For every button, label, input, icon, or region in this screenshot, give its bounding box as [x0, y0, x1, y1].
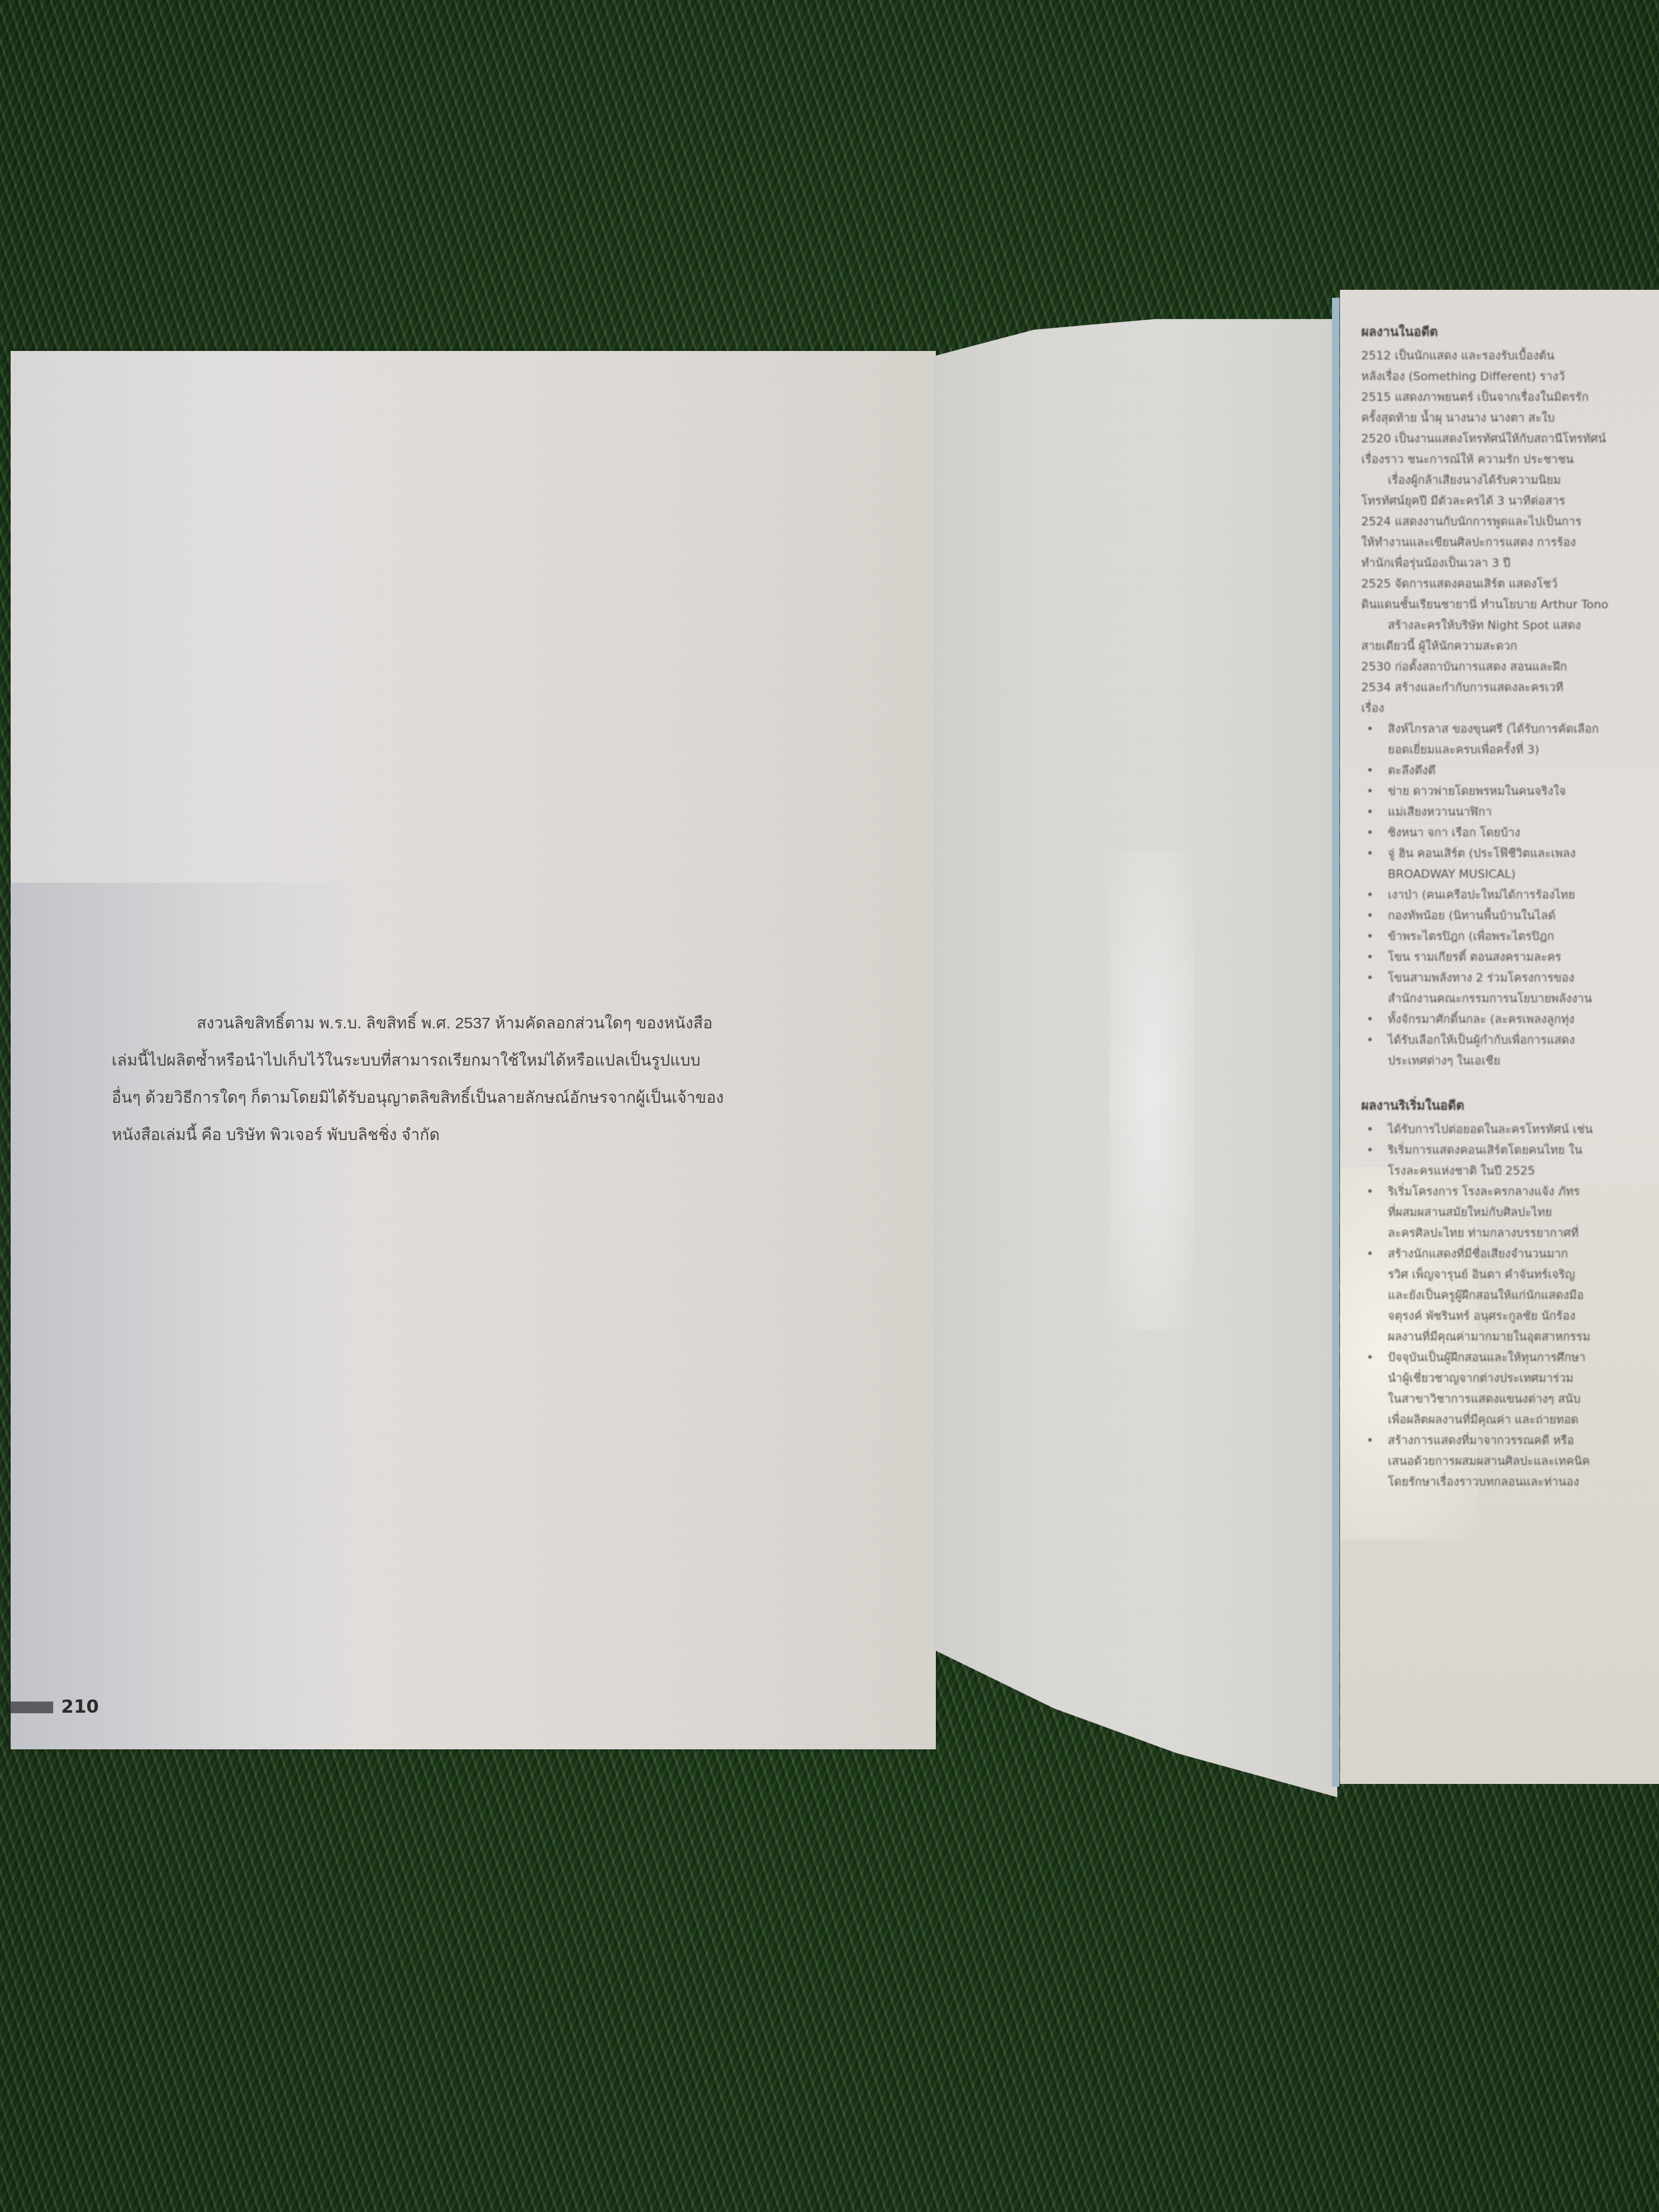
bio-bullet-cont: BROADWAY MUSICAL): [1361, 864, 1659, 885]
bio-line: โทรทัศน์ยุคปี มีตัวละครได้ 3 นาทีต่อสาร: [1361, 491, 1659, 512]
bio-bullet: ทั้งจักรมาศักดิ์นกละ (ละครเพลงลูกทุ่ง: [1361, 1009, 1659, 1030]
bio-bullet: สร้างนักแสดงที่มีชื่อเสียงจำนวนมาก: [1361, 1244, 1659, 1264]
bio-line: 2515 แสดงภาพยนตร์ เป็นจากเรื่องในมิตรรัก: [1361, 387, 1659, 408]
author-bio-flap: ผลงานในอดีต 2512 เป็นนักแสดง และรองรับเบ…: [1340, 290, 1659, 1784]
bio-line: เรื่อง: [1361, 698, 1659, 719]
bio-line: เรื่องผู้กล้าเสียงนางได้รับความนิยม: [1361, 470, 1659, 491]
bio-line: 2512 เป็นนักแสดง และรองรับเบื้องต้น: [1361, 346, 1659, 366]
bio-bullet-cont: นำผู้เชี่ยวชาญจากต่างประเทศมาร่วม: [1361, 1368, 1659, 1389]
bio-bullet: ข่าย ดาวพ่ายโดยพรหมในคนจริงใจ: [1361, 781, 1659, 802]
bio-bullet: โขน รามเกียรติ์ ตอนสงครามละคร: [1361, 947, 1659, 968]
bio-bullet: ได้รับการไปต่อยอดในละครโทรทัศน์ เช่น: [1361, 1119, 1659, 1140]
section-title-past-works: ผลงานในอดีต: [1361, 322, 1659, 342]
copyright-line: เล่มนี้ไปผลิตซ้ำหรือนำไปเก็บไว้ในระบบที่…: [112, 1052, 700, 1069]
bio-text: ผลงานในอดีต 2512 เป็นนักแสดง และรองรับเบ…: [1361, 322, 1659, 1493]
bio-bullet: ริเริ่มโครงการ โรงละครกลางแจ้ง ภัทร: [1361, 1182, 1659, 1202]
bio-line: ทำนักเพื่อรุ่นน้องเป็นเวลา 3 ปี: [1361, 553, 1659, 574]
bio-line: ให้ทำงานและเขียนศิลปะการแสดง การร้อง: [1361, 532, 1659, 553]
bio-line: 2530 ก่อตั้งสถาบันการแสดง สอนและฝึก: [1361, 657, 1659, 677]
bio-bullet: ซิงหนา จกา เรือก โดยบ้าง: [1361, 823, 1659, 843]
bio-line: 2520 เป็นงานแสดงโทรทัศน์ให้กับสถานีโทรทั…: [1361, 429, 1659, 449]
bio-bullet: ข้าพระไตรปิฎก (เพื่อพระไตรปิฎก: [1361, 926, 1659, 947]
bio-line: หลังเรื่อง (Something Different) รางวั: [1361, 366, 1659, 387]
bio-bullet: ริเริ่มการแสดงคอนเสิร์ตโดยคนไทย ใน: [1361, 1140, 1659, 1161]
bio-line: เรื่องราว ชนะการณ์ให้ ความรัก ประชาชน: [1361, 449, 1659, 470]
bio-bullet-cont: ในสาขาวิชาการแสดงแขนงต่างๆ สนับ: [1361, 1389, 1659, 1410]
bio-bullet: ตะลึงตึงตึ: [1361, 760, 1659, 781]
bio-line: 2524 แสดงงานกับนักการพูดและไปเป็นการ: [1361, 512, 1659, 532]
bio-bullet-cont: รวิศ เพ็ญจารุนย์ อินตา คำจันทร์เจริญ: [1361, 1264, 1659, 1285]
section-title-initiatives: ผลงานริเริ่มในอดีต: [1361, 1095, 1659, 1116]
bio-bullet-cont: สำนักงานคณะกรรมการนโยบายพลังงาน: [1361, 988, 1659, 1009]
bio-bullet-cont: ที่ผสมผสานสมัยใหม่กับศิลปะไทย: [1361, 1202, 1659, 1223]
bio-line: สร้างละครให้บริษัท Night Spot แสดง: [1361, 615, 1659, 636]
blank-flyleaf-page: [933, 319, 1337, 1797]
cover-edge-blue: [1332, 298, 1339, 1787]
bio-bullet-cont: ผลงานที่มีคุณค่ามากมายในอุตสาหกรรม: [1361, 1327, 1659, 1347]
bio-bullet: จู่ ฮิน คอนเสิร์ต (ประโฟ๊ชีวิตและเพลง: [1361, 843, 1659, 864]
bio-line: สายเดียวนี้ ผู้ให้นักความสะดวก: [1361, 636, 1659, 657]
page-number-bar: [11, 1702, 53, 1713]
bio-bullet-cont: และยังเป็นครูผู้ฝึกสอนให้แก่นักแสดงมือ: [1361, 1285, 1659, 1306]
light-glare: [1109, 851, 1194, 1329]
bio-bullet: โขนสามพลังทาง 2 ร่วมโครงการของ: [1361, 968, 1659, 988]
bio-line: 2534 สร้างและกำกับการแสดงละครเวที: [1361, 677, 1659, 698]
bio-line: ครั้งสุดท้าย น้ำผุ นางนาง นางตา สะใบ: [1361, 408, 1659, 429]
copyright-line: สงวนลิขสิทธิ์ตาม พ.ร.บ. ลิขสิทธิ์ พ.ศ. 2…: [197, 1015, 713, 1032]
bio-line: 2525 จัดการแสดงคอนเสิร์ต แสดงโชว์: [1361, 574, 1659, 594]
copyright-line: หนังสือเล่มนี้ คือ บริษัท พิวเจอร์ พับบล…: [112, 1126, 440, 1144]
bio-bullet: ได้รับเลือกให้เป็นผู้กำกับเพื่อการแสดง: [1361, 1030, 1659, 1051]
bio-line: ดินแดนชั้นเรียนชายานี่ ทำนโยบาย Arthur T…: [1361, 594, 1659, 615]
bio-bullet-cont: ประเทศต่างๆ ในเอเชีย: [1361, 1051, 1659, 1071]
bio-bullet: ปัจจุบันเป็นผู้ฝึกสอนและให้ทุนการศึกษา: [1361, 1347, 1659, 1368]
bio-bullet: สร้างการแสดงที่มาจากวรรณคดี หรือ: [1361, 1430, 1659, 1451]
bio-bullet-cont: จตุรงค์ พัชรินทร์ อนุศระกูลชัย นักร้อง: [1361, 1306, 1659, 1327]
bio-bullet: เงาป่า (คนเครือปะใหม่ได้การร้องไทย: [1361, 885, 1659, 906]
bio-bullet-cont: เพื่อผลิตผลงานที่มีคุณค่า และถ่ายทอด: [1361, 1410, 1659, 1430]
bio-bullet-cont: ยอดเยี่ยมและครบเพื่อครั้งที่ 3): [1361, 740, 1659, 760]
bio-bullet-cont: โรงละครแห่งชาติ ในปี 2525: [1361, 1161, 1659, 1182]
copyright-notice: สงวนลิขสิทธิ์ตาม พ.ร.บ. ลิขสิทธิ์ พ.ศ. 2…: [112, 1005, 803, 1154]
bio-bullet: สิงห์ไกรลาส ของขุนศรี (ได้รับการคัดเลือก: [1361, 719, 1659, 740]
bio-bullet-cont: โดยรักษาเรื่องราวบทกลอนและท่านอง: [1361, 1472, 1659, 1493]
bio-bullet-cont: ละครศิลปะไทย ท่ามกลางบรรยากาศที่: [1361, 1223, 1659, 1244]
left-book-page: สงวนลิขสิทธิ์ตาม พ.ร.บ. ลิขสิทธิ์ พ.ศ. 2…: [11, 351, 936, 1749]
bio-bullet: แม่เสียงหวานนาฬิกา: [1361, 802, 1659, 823]
bio-bullet: กองทัพน้อย (นิทานพื้นบ้านในไลด์: [1361, 906, 1659, 926]
page-number: 210: [61, 1696, 99, 1717]
copyright-line: อื่นๆ ด้วยวิธีการใดๆ ก็ตามโดยมิได้รับอนุ…: [112, 1089, 724, 1107]
bio-bullet-cont: เสนอด้วยการผสมผสานศิลปะและเทคนิค: [1361, 1451, 1659, 1472]
